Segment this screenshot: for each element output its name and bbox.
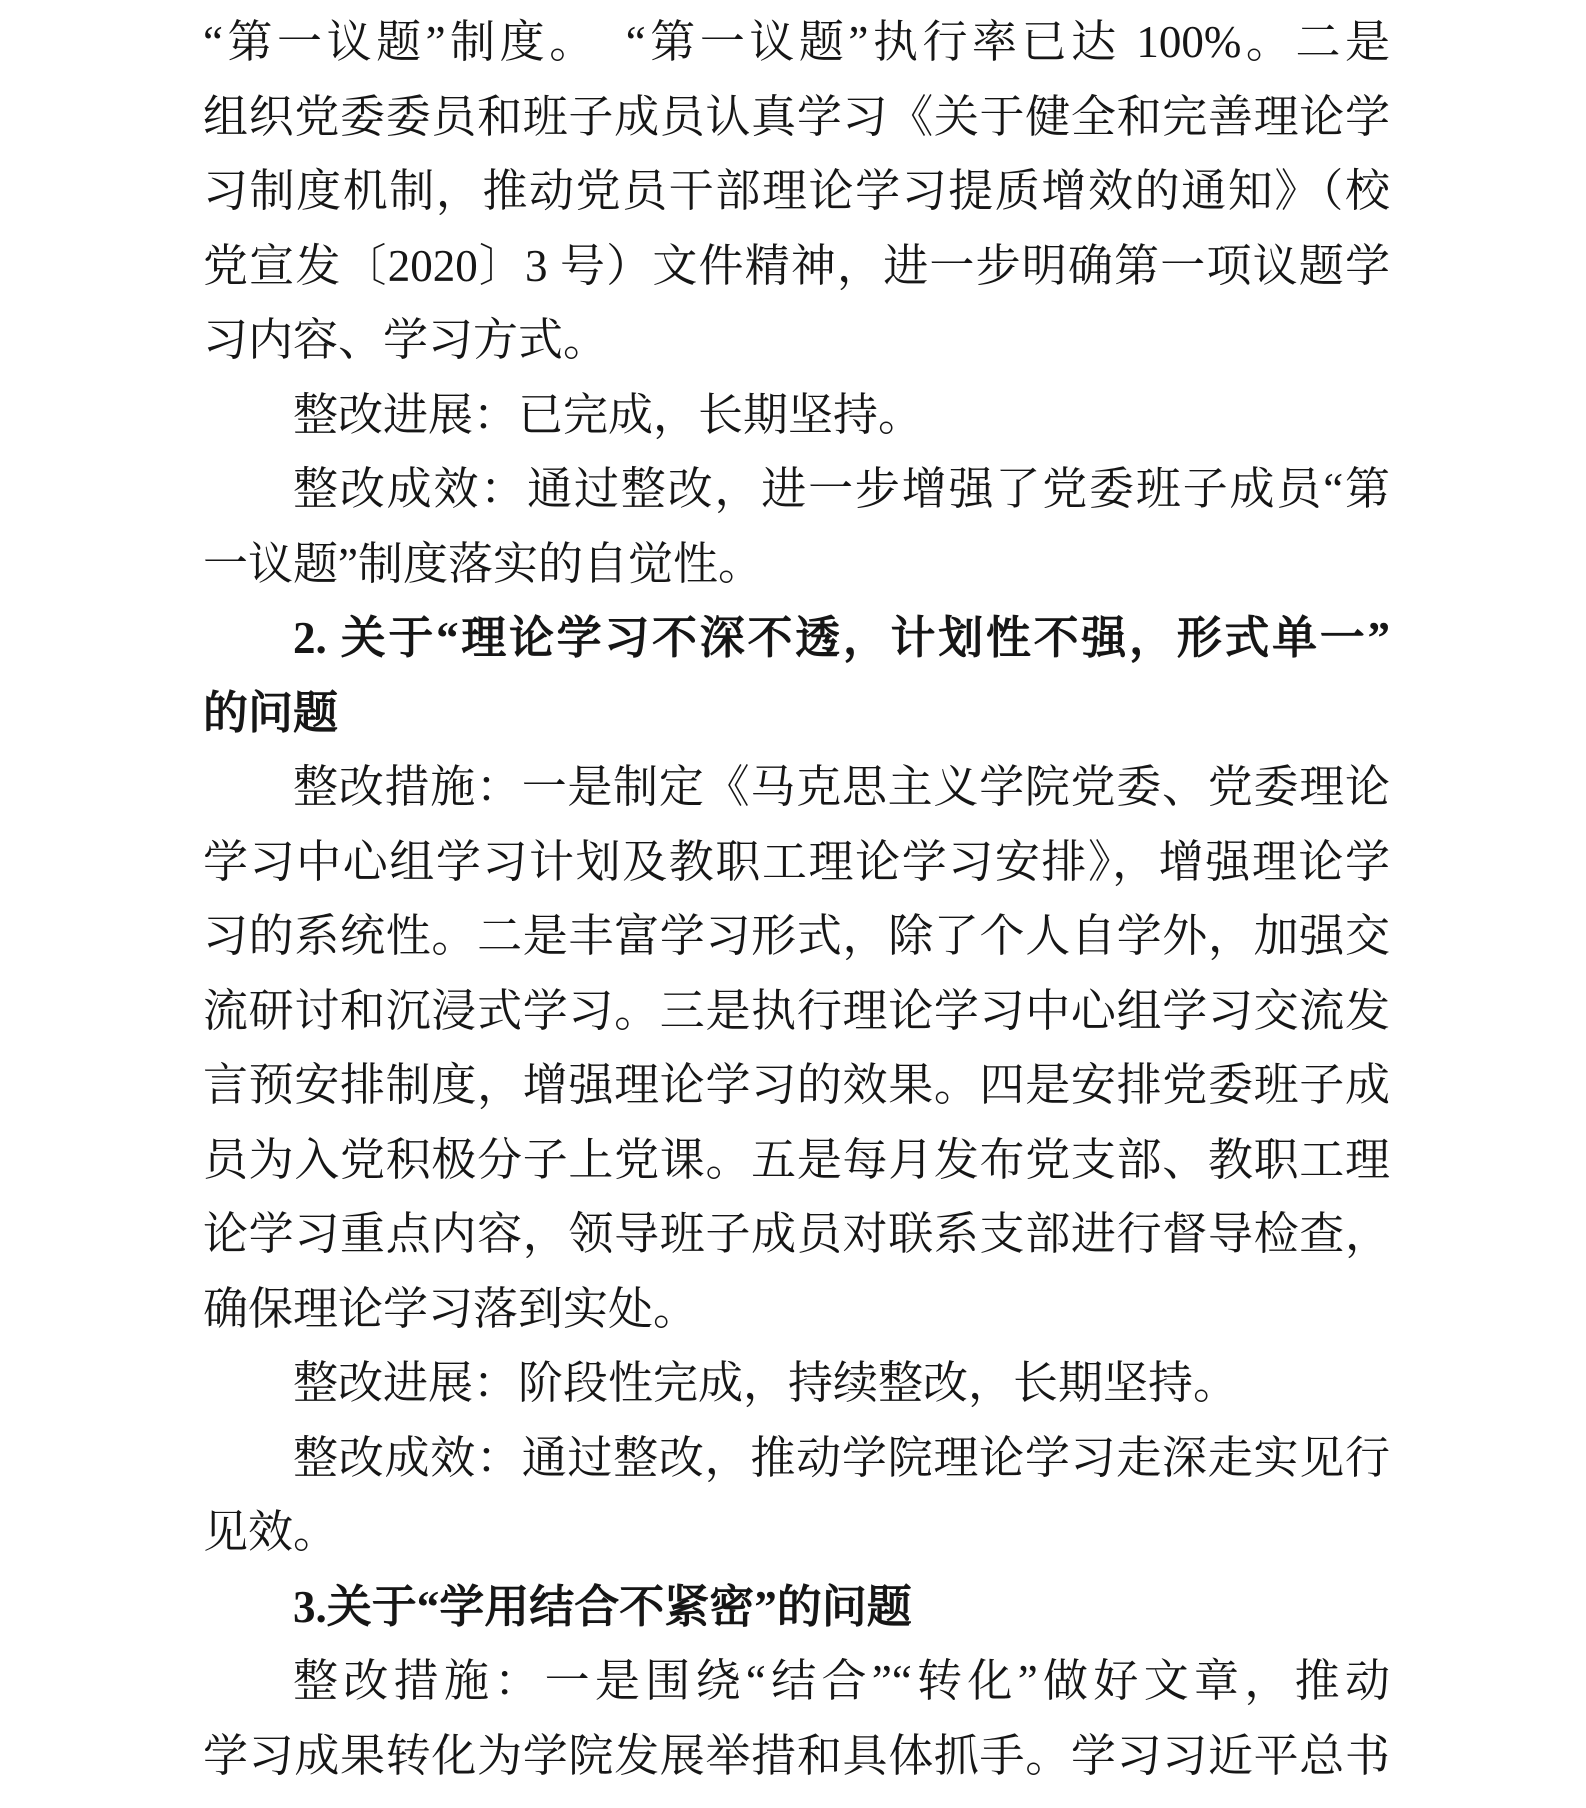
text-line: 论学习重点内容，领导班子成员对联系支部进行督导检查，: [203, 1197, 1390, 1272]
text-line: 习内容、学习方式。: [203, 303, 1390, 378]
text-line: 员为入党积极分子上党课。五是每月发布党支部、教职工理: [203, 1123, 1390, 1198]
text-line: 组织党委委员和班子成员认真学习《关于健全和完善理论学: [203, 80, 1390, 155]
body-paragraph: 整改进展：阶段性完成，持续整改，长期坚持。: [203, 1346, 1390, 1421]
text-line: “第一议题”制度。 “第一议题”执行率已达 100%。二是: [203, 5, 1390, 80]
text-line: 的问题: [203, 676, 1390, 751]
text-line: 2. 关于“理论学习不深不透，计划性不强，形式单一”: [203, 601, 1390, 676]
text-line: 一议题”制度落实的自觉性。: [203, 527, 1390, 602]
heading-paragraph: 2. 关于“理论学习不深不透，计划性不强，形式单一”的问题: [203, 601, 1390, 750]
text-line: 整改成效：通过整改，推动学院理论学习走深走实见行: [203, 1421, 1390, 1496]
text-line: 整改进展：阶段性完成，持续整改，长期坚持。: [203, 1346, 1390, 1421]
text-line: 党宣发〔2020〕3 号）文件精神，进一步明确第一项议题学: [203, 229, 1390, 304]
body-paragraph: 整改措施：一是制定《马克思主义学院党委、党委理论学习中心组学习计划及教职工理论学…: [203, 750, 1390, 1346]
text-line: 整改措施：一是制定《马克思主义学院党委、党委理论: [203, 750, 1390, 825]
text-line: 习的系统性。二是丰富学习形式，除了个人自学外，加强交: [203, 899, 1390, 974]
body-paragraph: 整改措施：一是围绕“结合”“转化”做好文章，推动学习成果转化为学院发展举措和具体…: [203, 1644, 1390, 1793]
document-page: “第一议题”制度。 “第一议题”执行率已达 100%。二是组织党委委员和班子成员…: [0, 0, 1586, 1808]
body-paragraph: 整改成效：通过整改，推动学院理论学习走深走实见行见效。: [203, 1421, 1390, 1570]
heading-paragraph: 3.关于“学用结合不紧密”的问题: [203, 1570, 1390, 1645]
text-line: 见效。: [203, 1495, 1390, 1570]
text-line: 学习成果转化为学院发展举措和具体抓手。学习习近平总书: [203, 1719, 1390, 1794]
text-line: 流研讨和沉浸式学习。三是执行理论学习中心组学习交流发: [203, 974, 1390, 1049]
body-paragraph: “第一议题”制度。 “第一议题”执行率已达 100%。二是组织党委委员和班子成员…: [203, 5, 1390, 378]
text-line: 学习中心组学习计划及教职工理论学习安排》，增强理论学: [203, 825, 1390, 900]
text-line: 确保理论学习落到实处。: [203, 1272, 1390, 1347]
text-line: 整改措施：一是围绕“结合”“转化”做好文章，推动: [203, 1644, 1390, 1719]
text-line: 言预安排制度，增强理论学习的效果。四是安排党委班子成: [203, 1048, 1390, 1123]
text-line: 3.关于“学用结合不紧密”的问题: [203, 1570, 1390, 1645]
text-block: “第一议题”制度。 “第一议题”执行率已达 100%。二是组织党委委员和班子成员…: [203, 5, 1390, 1793]
text-line: 整改进展：已完成，长期坚持。: [203, 378, 1390, 453]
body-paragraph: 整改成效：通过整改，进一步增强了党委班子成员“第一议题”制度落实的自觉性。: [203, 452, 1390, 601]
body-paragraph: 整改进展：已完成，长期坚持。: [203, 378, 1390, 453]
text-line: 整改成效：通过整改，进一步增强了党委班子成员“第: [203, 452, 1390, 527]
text-line: 习制度机制，推动党员干部理论学习提质增效的通知》（校: [203, 154, 1390, 229]
